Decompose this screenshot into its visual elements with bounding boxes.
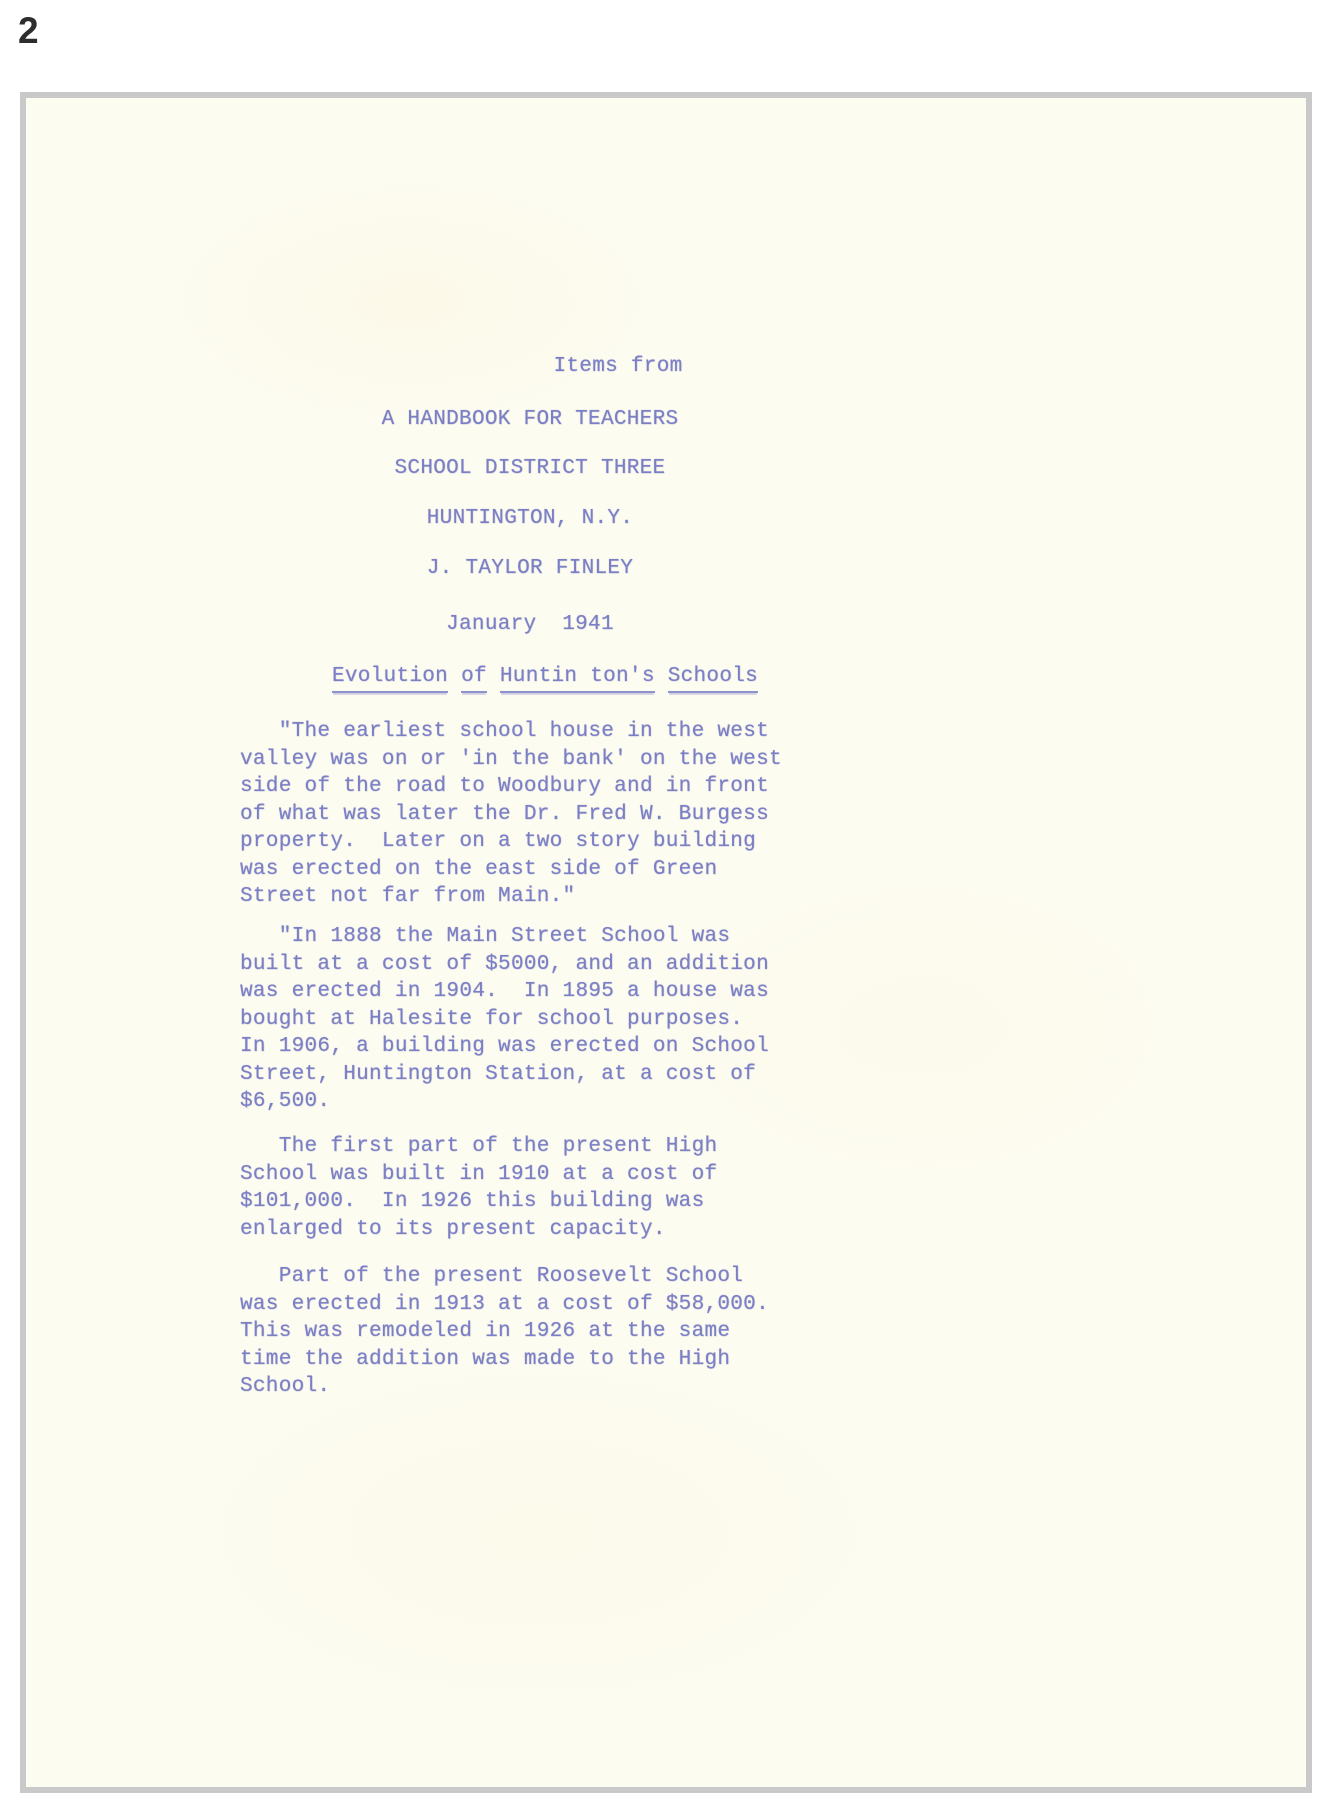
document-title: EvolutionofHuntin ton'sSchools bbox=[255, 665, 835, 693]
scanned-document-frame: Items from A HANDBOOK FOR TEACHERS SCHOO… bbox=[20, 92, 1312, 1793]
document-title-word: Huntin ton's bbox=[500, 665, 655, 693]
document-title-word: of bbox=[461, 665, 487, 693]
paper: Items from A HANDBOOK FOR TEACHERS SCHOO… bbox=[26, 98, 1306, 1787]
paragraph-roosevelt-school: Part of the present Roosevelt School was… bbox=[240, 1263, 832, 1401]
doc-header-line-items-from: Items from bbox=[328, 355, 908, 378]
document-title-word: Schools bbox=[668, 665, 758, 693]
doc-header-line-district: SCHOOL DISTRICT THREE bbox=[240, 457, 820, 480]
paragraph-main-street-school: "In 1888 the Main Street School was buil… bbox=[240, 923, 832, 1116]
page: 2 Items from A HANDBOOK FOR TEACHERS SCH… bbox=[0, 0, 1339, 1813]
doc-header-line-handbook: A HANDBOOK FOR TEACHERS bbox=[240, 408, 820, 431]
document-title-word: Evolution bbox=[332, 665, 448, 693]
paragraph-high-school: The first part of the present High Schoo… bbox=[240, 1133, 832, 1243]
doc-header-line-date: January 1941 bbox=[240, 613, 820, 636]
doc-header-line-author: J. TAYLOR FINLEY bbox=[240, 557, 820, 580]
paragraph-earliest-school: "The earliest school house in the west v… bbox=[240, 718, 832, 911]
doc-header-line-location: HUNTINGTON, N.Y. bbox=[240, 507, 820, 530]
page-number: 2 bbox=[18, 10, 39, 52]
typed-content: Items from A HANDBOOK FOR TEACHERS SCHOO… bbox=[240, 355, 840, 1555]
